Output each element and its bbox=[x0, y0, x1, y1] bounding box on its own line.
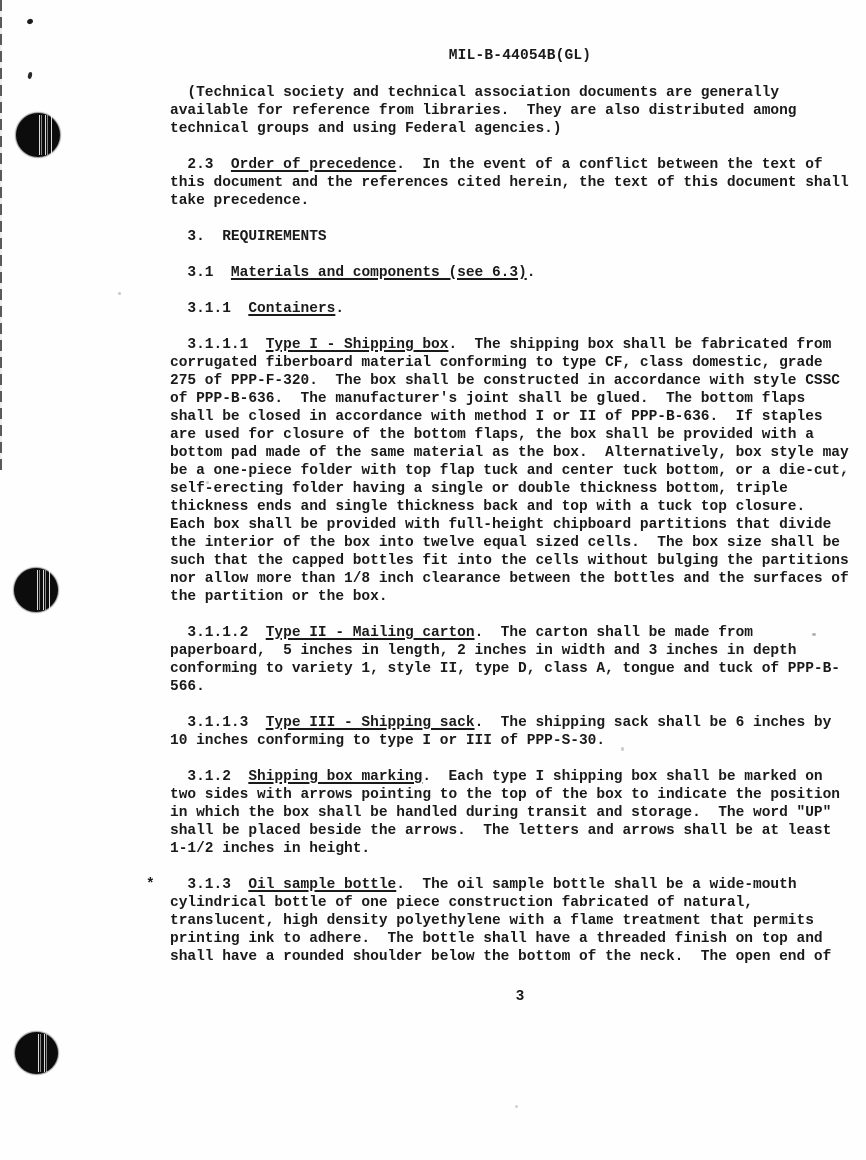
para-section-3-1-1-2: 3.1.1.2 Type II - Mailing carton. The ca… bbox=[170, 624, 866, 696]
section-number: 3.1.3 bbox=[170, 877, 248, 893]
scan-edge-artifact bbox=[0, 0, 2, 470]
body-text: . bbox=[335, 301, 344, 317]
scan-speck-comma bbox=[27, 72, 32, 80]
section-number: 3.1.1.3 bbox=[170, 715, 266, 731]
para-section-3-heading: 3. REQUIREMENTS bbox=[170, 228, 866, 246]
section-title-underlined: Shipping box marking bbox=[248, 769, 422, 785]
para-section-3-1-1-3: 3.1.1.3 Type III - Shipping sack. The sh… bbox=[170, 714, 866, 750]
section-number: 3.1.1.1 bbox=[170, 337, 266, 353]
document-id-header: MIL-B-44054B(GL) bbox=[170, 47, 866, 65]
para-section-3-1-1-1: 3.1.1.1 Type I - Shipping box. The shipp… bbox=[170, 336, 866, 606]
section-title-underlined: Order of precedence bbox=[231, 157, 396, 173]
para-section-2-3: 2.3 Order of precedence. In the event of… bbox=[170, 156, 866, 210]
body-text: . bbox=[527, 265, 536, 281]
section-number: 3.1.1.2 bbox=[170, 625, 266, 641]
para-section-3-1-1: 3.1.1 Containers. bbox=[170, 300, 866, 318]
hole-punch-bottom bbox=[15, 1032, 58, 1074]
scanned-document-page: MIL-B-44054B(GL) (Technical society and … bbox=[0, 0, 866, 1160]
scan-speck bbox=[118, 292, 121, 295]
section-title-underlined: Oil sample bottle bbox=[248, 877, 396, 893]
section-title-underlined: Materials and components (see 6.3) bbox=[231, 265, 527, 281]
section-title-underlined: Type III - Shipping sack bbox=[266, 715, 475, 731]
change-indicator-asterisk: * bbox=[146, 876, 155, 894]
hole-punch-top bbox=[16, 113, 60, 157]
section-heading: 3. REQUIREMENTS bbox=[170, 229, 327, 245]
section-number: 3.1 bbox=[170, 265, 231, 281]
para-section-3-1: 3.1 Materials and components (see 6.3). bbox=[170, 264, 866, 282]
para-section-3-1-2: 3.1.2 Shipping box marking. Each type I … bbox=[170, 768, 866, 858]
document-content: MIL-B-44054B(GL) (Technical society and … bbox=[170, 47, 866, 1006]
section-number: 2.3 bbox=[170, 157, 231, 173]
section-title-underlined: Type II - Mailing carton bbox=[266, 625, 475, 641]
section-number: 3.1.1 bbox=[170, 301, 248, 317]
section-title-underlined: Containers bbox=[248, 301, 335, 317]
scan-speck bbox=[515, 1105, 518, 1108]
scan-speck-dot bbox=[26, 18, 33, 24]
section-title-underlined: Type I - Shipping box bbox=[266, 337, 449, 353]
hole-punch-middle bbox=[14, 568, 58, 612]
body-text: . The shipping box shall be fabricated f… bbox=[170, 337, 849, 605]
body-text: (Technical society and technical associa… bbox=[170, 85, 797, 137]
section-number: 3.1.2 bbox=[170, 769, 248, 785]
page-number: 3 bbox=[170, 988, 866, 1006]
para-intro-note: (Technical society and technical associa… bbox=[170, 84, 866, 138]
para-section-3-1-3: * 3.1.3 Oil sample bottle. The oil sampl… bbox=[170, 876, 866, 966]
